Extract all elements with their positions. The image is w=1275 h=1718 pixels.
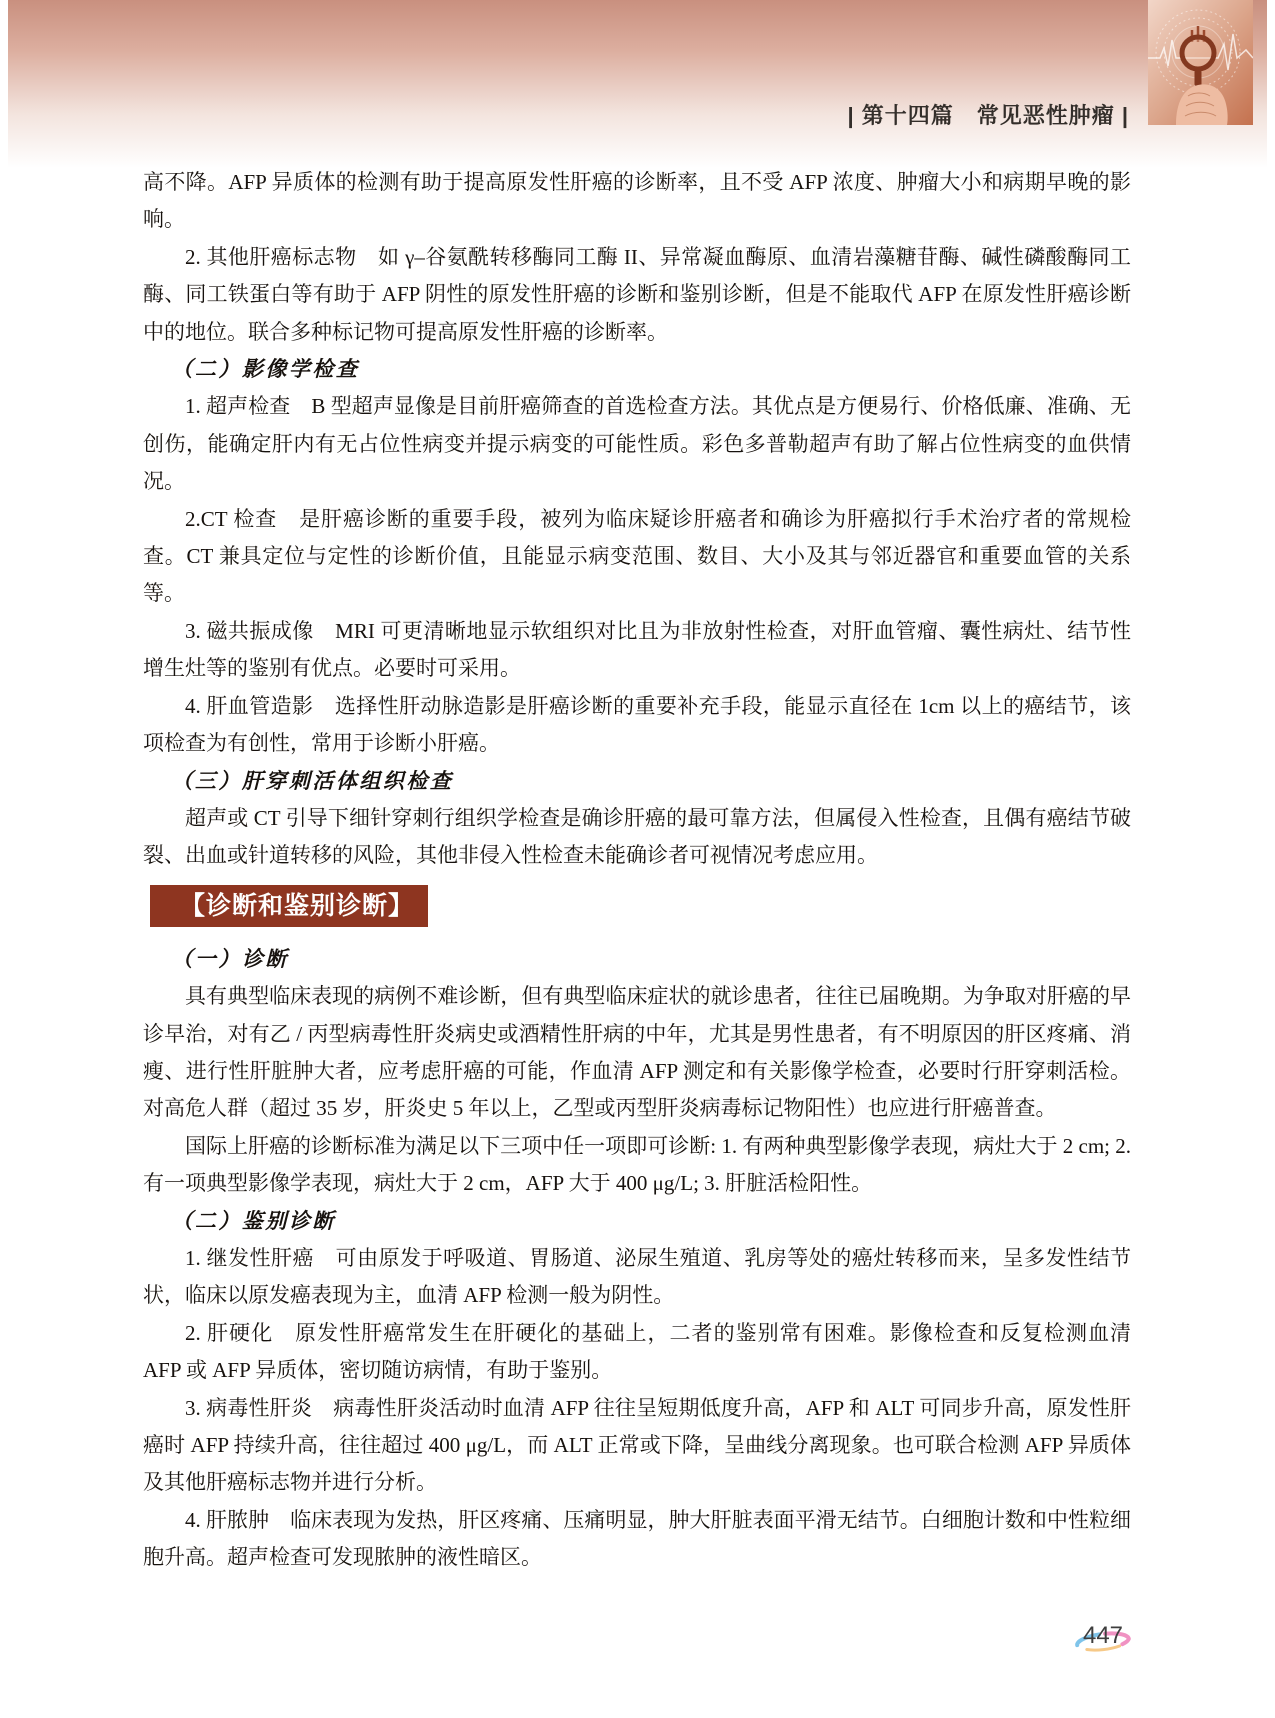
page-number-container: 447	[1070, 1612, 1136, 1658]
paragraph-liver-abscess: 4. 肝脓肿 临床表现为发热，肝区疼痛、压痛明显，肿大肝脏表面平滑无结节。白细胞…	[143, 1502, 1131, 1577]
heading-diagnosis: （一）诊断	[143, 941, 1131, 978]
book-page: | 第十四篇 常见恶性肿瘤 | 高不降。AFP 异质体的检测有助于提高原发性肝癌…	[0, 0, 1275, 1718]
paragraph-ct: 2.CT 检查 是肝癌诊断的重要手段，被列为临床疑诊肝癌者和确诊为肝癌拟行手术治…	[143, 501, 1131, 613]
paragraph-afp-intro: 高不降。AFP 异质体的检测有助于提高原发性肝癌的诊断率，且不受 AFP 浓度、…	[143, 164, 1131, 239]
magnifier-handle	[1195, 70, 1202, 86]
paragraph-diagnosis-1: 具有典型临床表现的病例不难诊断，但有典型临床症状的就诊患者，往往已届晚期。为争取…	[143, 978, 1131, 1128]
magnifier-icon	[1182, 37, 1214, 69]
paragraph-angiography: 4. 肝血管造影 选择性肝动脉造影是肝癌诊断的重要补充手段，能显示直径在 1cm…	[143, 688, 1131, 763]
paragraph-diagnosis-criteria: 国际上肝癌的诊断标准为满足以下三项中任一项即可诊断: 1. 有两种典型影像学表现…	[143, 1128, 1131, 1203]
paragraph-cirrhosis: 2. 肝硬化 原发性肝癌常发生在肝硬化的基础上，二者的鉴别常有困难。影像检查和反…	[143, 1315, 1131, 1390]
header-gradient-band	[8, 0, 1267, 168]
page-number-ring: 447	[1070, 1612, 1136, 1658]
heading-differential-diagnosis: （二）鉴别诊断	[143, 1203, 1131, 1240]
magnifier-photo	[1148, 0, 1253, 125]
paragraph-biopsy: 超声或 CT 引导下细针穿刺行组织学检查是确诊肝癌的最可靠方法，但属侵入性检查，…	[143, 800, 1131, 875]
heading-liver-biopsy: （三）肝穿刺活体组织检查	[143, 763, 1131, 800]
magnifier-photo-svg	[1148, 0, 1253, 125]
paragraph-other-markers: 2. 其他肝癌标志物 如 γ–谷氨酰转移酶同工酶 II、异常凝血酶原、血清岩藻糖…	[143, 239, 1131, 351]
article-body: 高不降。AFP 异质体的检测有助于提高原发性肝癌的诊断率，且不受 AFP 浓度、…	[143, 164, 1131, 1577]
chapter-header: | 第十四篇 常见恶性肿瘤 |	[847, 99, 1129, 130]
paragraph-mri: 3. 磁共振成像 MRI 可更清晰地显示软组织对比且为非放射性检查，对肝血管瘤、…	[143, 613, 1131, 688]
page-number: 447	[1083, 1622, 1123, 1649]
paragraph-viral-hepatitis: 3. 病毒性肝炎 病毒性肝炎活动时血清 AFP 往往呈短期低度升高，AFP 和 …	[143, 1390, 1131, 1502]
paragraph-ultrasound: 1. 超声检查 B 型超声显像是目前肝癌筛查的首选检查方法。其优点是方便易行、价…	[143, 388, 1131, 500]
paragraph-secondary-cancer: 1. 继发性肝癌 可由原发于呼吸道、胃肠道、泌尿生殖道、乳房等处的癌灶转移而来，…	[143, 1240, 1131, 1315]
heading-imaging-exam: （二）影像学检查	[143, 351, 1131, 388]
section-banner-diagnosis: 【诊断和鉴别诊断】	[150, 885, 428, 927]
